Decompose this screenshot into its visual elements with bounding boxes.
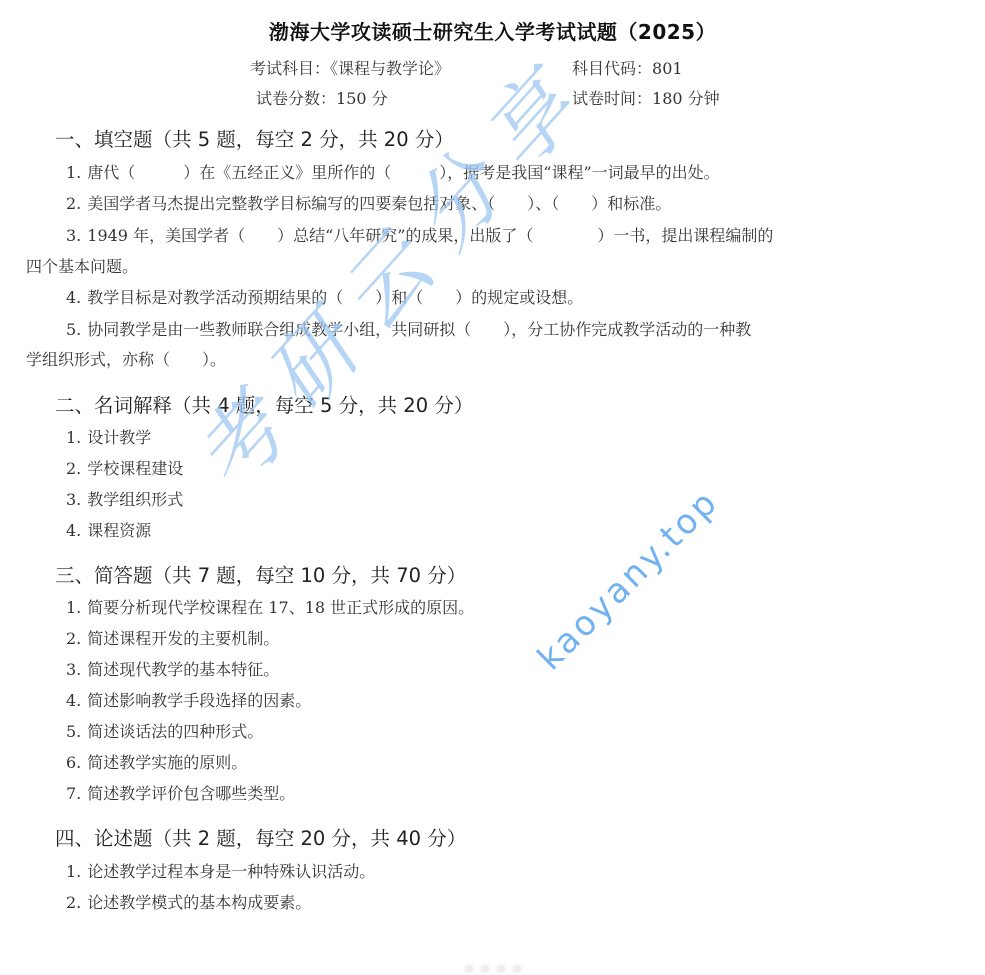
question-number: 1.	[66, 428, 81, 447]
question-item: 4.课程资源	[66, 521, 151, 541]
section-heading-essay: 四、论述题（共 2 题，每空 20 分，共 40 分）	[55, 823, 466, 851]
question-item: 4.简述影响教学手段选择的因素。	[66, 691, 311, 711]
question-item: 5.简述谈话法的四种形式。	[66, 722, 263, 742]
question-item: 1.设计教学	[66, 428, 151, 448]
section-heading-short-answer: 三、简答题（共 7 题，每空 10 分，共 70 分）	[55, 560, 466, 588]
watermark-url: kaoyany.top	[530, 482, 727, 679]
exam-score: 试卷分数：150 分	[256, 86, 388, 109]
question-number: 4.	[66, 691, 81, 710]
question-number: 2.	[66, 194, 81, 213]
question-item: 3.1949 年，美国学者（ ）总结“八年研究”的成果，出版了（ ）一书，提出课…	[66, 226, 773, 246]
question-number: 7.	[66, 784, 81, 803]
exam-subject: 考试科目：《课程与教学论》	[250, 56, 450, 79]
question-text: 论述教学过程本身是一种特殊认识活动。	[87, 862, 375, 881]
time-value: 180 分钟	[652, 89, 720, 108]
question-number: 5.	[66, 722, 81, 741]
exam-code: 科目代码：801	[572, 56, 683, 79]
page-dot[interactable]	[465, 965, 473, 973]
question-text: 教学组织形式	[87, 490, 183, 509]
page-dot[interactable]	[497, 965, 505, 973]
question-number: 1.	[66, 598, 81, 617]
page-indicator[interactable]	[465, 965, 521, 973]
exam-title: 渤海大学攻读硕士研究生入学考试试题（2025）	[0, 16, 985, 45]
subject-label: 考试科目：	[250, 59, 330, 78]
question-item: 2.简述课程开发的主要机制。	[66, 629, 279, 649]
question-number: 4.	[66, 288, 81, 307]
exam-time: 试卷时间：180 分钟	[572, 86, 720, 109]
question-continuation: 四个基本问题。	[26, 257, 138, 277]
question-item: 7.简述教学评价包含哪些类型。	[66, 784, 295, 804]
question-number: 5.	[66, 320, 81, 339]
question-text: 简要分析现代学校课程在 17、18 世正式形成的原因。	[87, 598, 474, 617]
question-item: 6.简述教学实施的原则。	[66, 753, 247, 773]
question-text: 简述教学实施的原则。	[87, 753, 247, 772]
question-text: 教学目标是对教学活动预期结果的（ ）和（ ）的规定或设想。	[87, 288, 583, 307]
question-item: 4.教学目标是对教学活动预期结果的（ ）和（ ）的规定或设想。	[66, 288, 583, 308]
question-item: 2.学校课程建设	[66, 459, 183, 479]
question-text: 美国学者马杰提出完整教学目标编写的四要秦包括对象、（ ）、（ ）和标准。	[87, 194, 671, 213]
question-item: 1.论述教学过程本身是一种特殊认识活动。	[66, 862, 375, 882]
question-number: 4.	[66, 521, 81, 540]
question-text: 唐代（ ）在《五经正义》里所作的（ ），据考是我国“课程”一词最早的出处。	[87, 163, 719, 182]
score-label: 试卷分数：	[256, 89, 336, 108]
question-number: 2.	[66, 459, 81, 478]
question-text: 论述教学模式的基本构成要素。	[87, 893, 311, 912]
question-number: 2.	[66, 893, 81, 912]
question-text: 简述影响教学手段选择的因素。	[87, 691, 311, 710]
code-label: 科目代码：	[572, 59, 652, 78]
question-text: 设计教学	[87, 428, 151, 447]
section-heading-term-explanation: 二、名词解释（共 4 题，每空 5 分，共 20 分）	[55, 390, 473, 418]
question-item: 3.教学组织形式	[66, 490, 183, 510]
question-number: 3.	[66, 660, 81, 679]
question-text: 协同教学是由一些教师联合组成教学小组，共同研拟（ ），分工协作完成教学活动的一种…	[87, 320, 751, 339]
question-text: 简述现代教学的基本特征。	[87, 660, 279, 679]
question-number: 2.	[66, 629, 81, 648]
question-text: 简述课程开发的主要机制。	[87, 629, 279, 648]
question-number: 3.	[66, 226, 81, 245]
question-number: 1.	[66, 163, 81, 182]
page-dot[interactable]	[513, 965, 521, 973]
exam-page: 渤海大学攻读硕士研究生入学考试试题（2025） 考试科目：《课程与教学论》 科目…	[0, 0, 985, 975]
page-dot[interactable]	[481, 965, 489, 973]
question-number: 1.	[66, 862, 81, 881]
question-item: 3.简述现代教学的基本特征。	[66, 660, 279, 680]
question-text: 1949 年，美国学者（ ）总结“八年研究”的成果，出版了（ ）一书，提出课程编…	[87, 226, 773, 245]
question-item: 2.论述教学模式的基本构成要素。	[66, 893, 311, 913]
section-heading-fill-blank: 一、填空题（共 5 题，每空 2 分，共 20 分）	[55, 124, 454, 152]
question-text: 学校课程建设	[87, 459, 183, 478]
question-text: 简述谈话法的四种形式。	[87, 722, 263, 741]
question-item: 1.唐代（ ）在《五经正义》里所作的（ ），据考是我国“课程”一词最早的出处。	[66, 163, 720, 183]
question-item: 1.简要分析现代学校课程在 17、18 世正式形成的原因。	[66, 598, 474, 618]
question-continuation: 学组织形式，亦称（ ）。	[26, 350, 226, 370]
time-label: 试卷时间：	[572, 89, 652, 108]
question-item: 2.美国学者马杰提出完整教学目标编写的四要秦包括对象、（ ）、（ ）和标准。	[66, 194, 671, 214]
question-number: 3.	[66, 490, 81, 509]
question-number: 6.	[66, 753, 81, 772]
score-value: 150 分	[336, 89, 388, 108]
code-value: 801	[652, 59, 683, 78]
question-text: 课程资源	[87, 521, 151, 540]
question-text: 简述教学评价包含哪些类型。	[87, 784, 295, 803]
subject-value: 《课程与教学论》	[330, 59, 450, 78]
question-item: 5.协同教学是由一些教师联合组成教学小组，共同研拟（ ），分工协作完成教学活动的…	[66, 320, 751, 340]
